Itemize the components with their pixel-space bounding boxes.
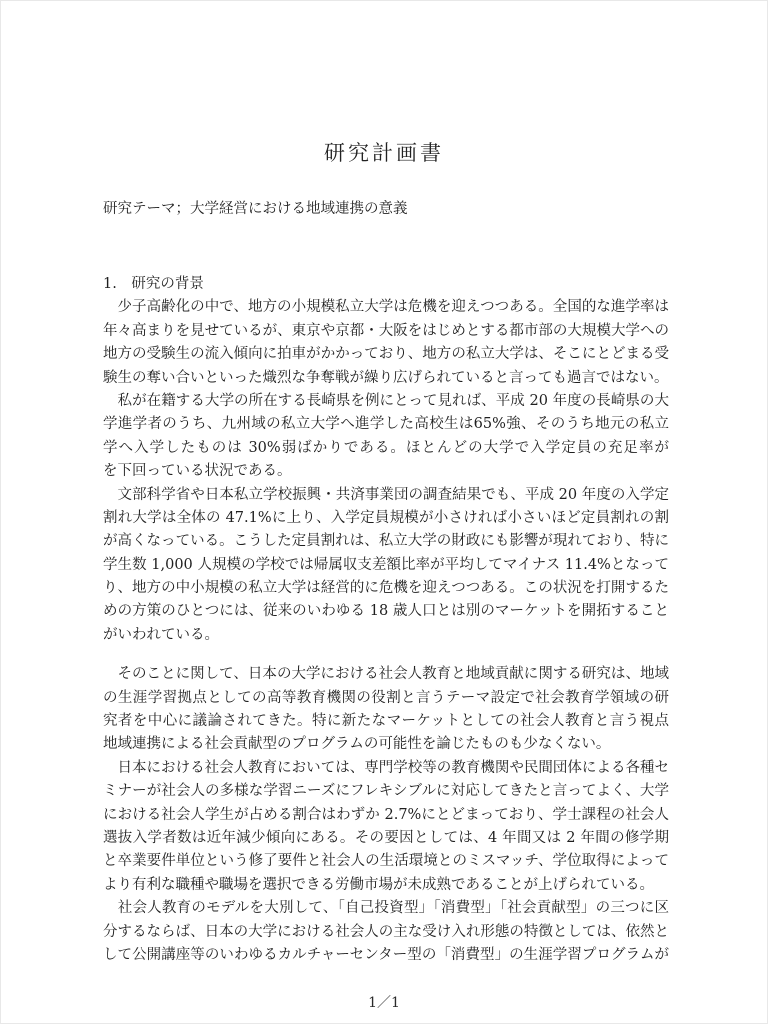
page-number: 1／1 xyxy=(0,992,768,1012)
text-line: 学へ入学したものは 30%弱ばかりである。ほとんどの大学で入学定員の充足率が 1… xyxy=(103,437,669,460)
text-line: を下回っている状況である。 xyxy=(103,460,669,483)
paragraph: 文部科学省や日本私立学校振興・共済事業団の調査結果でも、平成 20 年度の入学定… xyxy=(103,484,669,648)
text-line: 学生数 1,000 人規模の学校では帰属収支差額比率が平均してマイナス 11.4… xyxy=(103,554,669,577)
paragraph: 少子高齢化の中で、地方の小規模私立大学は危機を迎えつつある。全国的な進学率は年々… xyxy=(103,296,669,390)
text-line: 験生の奪い合いといった熾烈な争奪戦が繰り広げられていると言っても過言ではない。 xyxy=(103,367,669,390)
document-body: 1. 研究の背景 少子高齢化の中で、地方の小規模私立大学は危機を迎えつつある。全… xyxy=(103,273,669,967)
paragraph: 私が在籍する大学の所在する長崎県を例にとって見れば、平成 20 年度の長崎県の大… xyxy=(103,390,669,484)
paragraph: 社会人教育のモデルを大別して、「自己投資型」「消費型」「社会貢献型」の三つに区分… xyxy=(103,897,669,967)
text-line: 文部科学省や日本私立学校振興・共済事業団の調査結果でも、平成 20 年度の入学定… xyxy=(103,484,669,507)
text-line: して公開講座等のいわゆるカルチャーセンター型の「消費型」の生涯学習プログラムが xyxy=(103,944,669,967)
text-line: がいわれている。 xyxy=(103,624,669,647)
text-line: 地域連携による社会貢献型のプログラムの可能性を論じたものも少なくない。 xyxy=(103,733,669,756)
text-line: めの方策のひとつには、従来のいわゆる 18 歳人口とは別のマーケットを開拓するこ… xyxy=(103,600,669,623)
text-line: より有利な職種や職場を選択できる労働市場が未成熟であることが上げられている。 xyxy=(103,874,669,897)
text-line: 日本における社会人教育においては、専門学校等の教育機関や民間団体による各種セ xyxy=(103,757,669,780)
text-line: 学進学者のうち、九州域の私立大学へ進学した高校生は65%強、そのうち地元の私立大 xyxy=(103,413,669,436)
paragraph: そのことに関して、日本の大学における社会人教育と地域貢献に関する研究は、地域の生… xyxy=(103,663,669,757)
text-line: 地方の受験生の流入傾向に拍車がかかっており、地方の私立大学は、そこにとどまる受 xyxy=(103,343,669,366)
blank-line xyxy=(103,647,669,663)
text-line: 社会人教育のモデルを大別して、「自己投資型」「消費型」「社会貢献型」の三つに区 xyxy=(103,897,669,920)
section-heading: 1. 研究の背景 xyxy=(103,273,669,296)
text-line: ミナーが社会人の多様な学習ニーズにフレキシブルに対応してきたと言ってよく、大学 xyxy=(103,780,669,803)
text-line: と卒業要件単位という修了要件と社会人の生活環境とのミスマッチ、学位取得によって xyxy=(103,850,669,873)
document-title: 研究計画書 xyxy=(0,137,768,167)
paragraph: 日本における社会人教育においては、専門学校等の教育機関や民間団体による各種セミナ… xyxy=(103,757,669,897)
text-line: 究者を中心に議論されてきた。特に新たなマーケットとしての社会人教育と言う視点で、 xyxy=(103,710,669,733)
paragraph xyxy=(103,647,669,663)
text-line: における社会人学生が占める割合はわずか 2.7%にとどまっており、学士課程の社会… xyxy=(103,804,669,827)
text-line: 年々高まりを見せているが、東京や京都・大阪をはじめとする都市部の大規模大学への xyxy=(103,320,669,343)
text-line: 少子高齢化の中で、地方の小規模私立大学は危機を迎えつつある。全国的な進学率は xyxy=(103,296,669,319)
research-theme: 研究テーマ；大学経営における地域連携の意義 xyxy=(103,197,669,218)
text-line: り、地方の中小規模の私立大学は経営的に危機を迎えつつある。この状況を打開するた xyxy=(103,577,669,600)
text-line: 選抜入学者数は近年減少傾向にある。その要因としては、4 年間又は 2 年間の修学… xyxy=(103,827,669,850)
text-line: そのことに関して、日本の大学における社会人教育と地域貢献に関する研究は、地域 xyxy=(103,663,669,686)
text-line: が高くなっている。こうした定員割れは、私立大学の財政にも影響が現れており、特に xyxy=(103,530,669,553)
text-line: の生涯学習拠点としての高等教育機関の役割と言うテーマ設定で社会教育学領域の研 xyxy=(103,687,669,710)
text-line: 私が在籍する大学の所在する長崎県を例にとって見れば、平成 20 年度の長崎県の大 xyxy=(103,390,669,413)
text-line: 分するならば、日本の大学における社会人の主な受け入れ形態の特徴としては、依然と xyxy=(103,921,669,944)
text-line: 割れ大学は全体の 47.1%に上り、入学定員規模が小さければ小さいほど定員割れの… xyxy=(103,507,669,530)
document-page: 研究計画書 研究テーマ；大学経営における地域連携の意義 1. 研究の背景 少子高… xyxy=(0,0,768,1024)
